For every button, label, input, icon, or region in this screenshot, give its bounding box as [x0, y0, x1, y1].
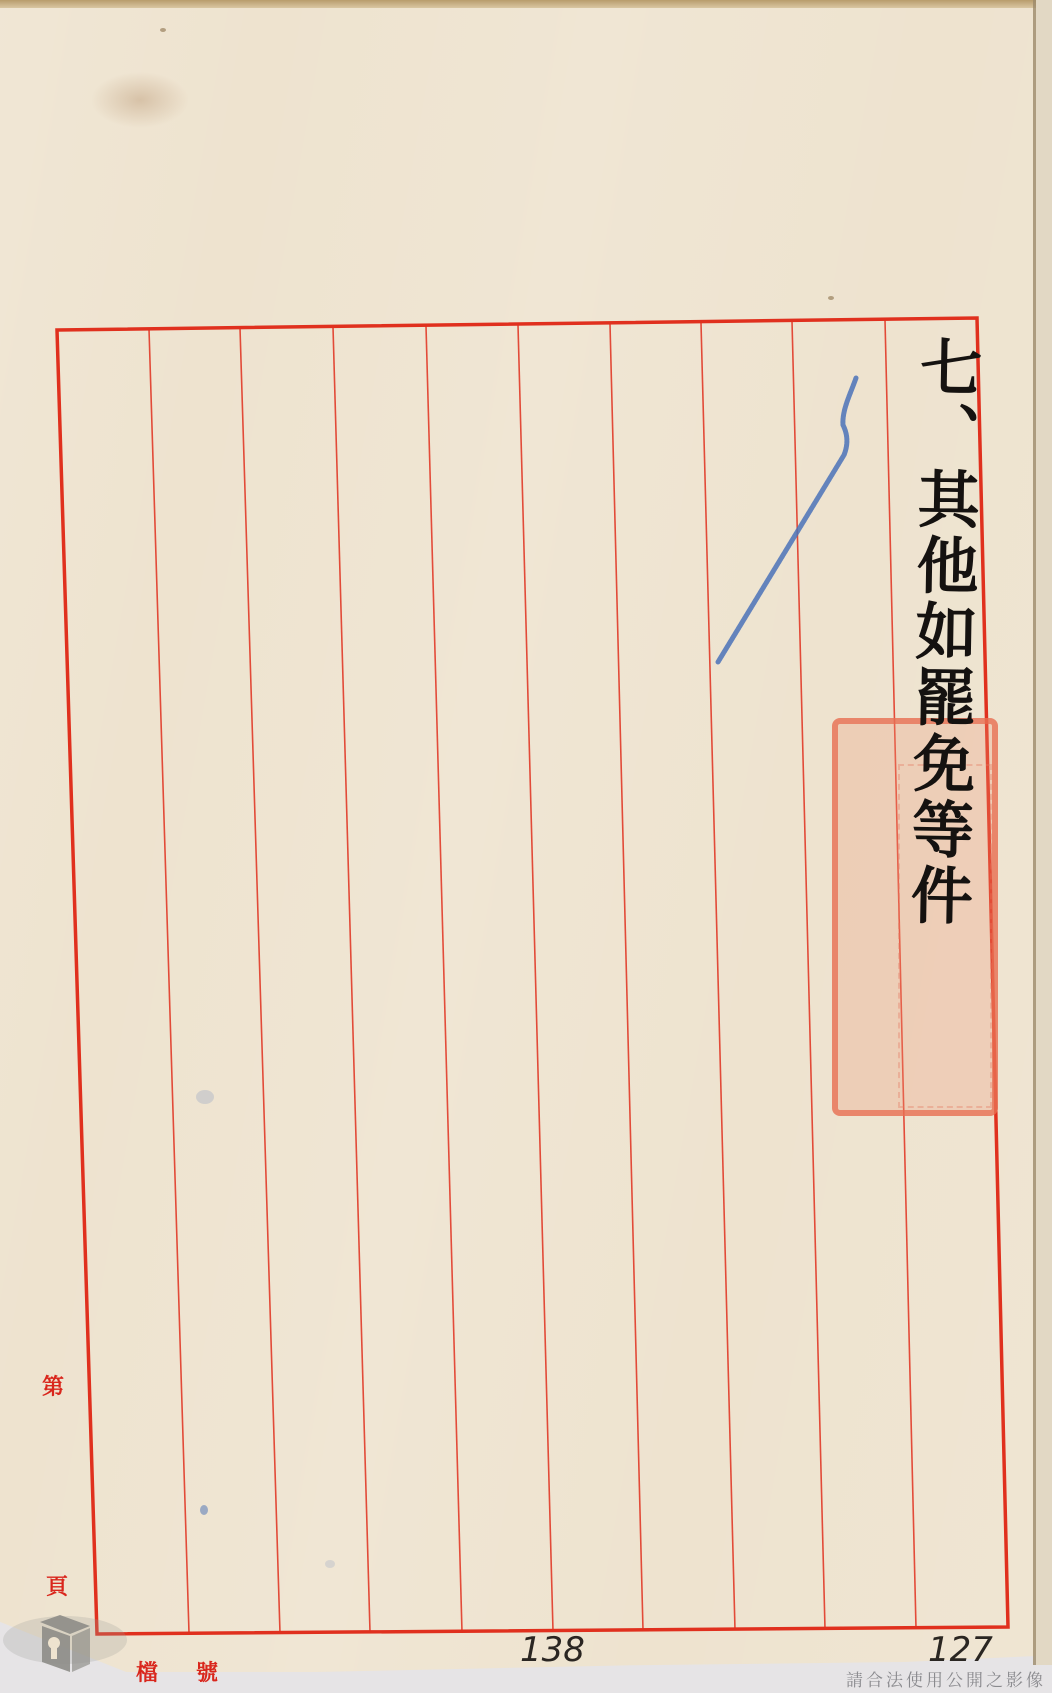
ink-spot [200, 1505, 208, 1515]
ink-spot [196, 1090, 214, 1104]
file-label-1: 檔 [136, 1656, 158, 1687]
page-prefix-label: 第 [42, 1370, 64, 1401]
handwritten-number-right: 127 [928, 1630, 993, 1670]
watermark-text: 請合法使用公開之影像 [846, 1666, 1046, 1691]
archive-book-keyhole-icon [0, 1610, 130, 1680]
file-label-2: 號 [196, 1656, 218, 1687]
handwritten-number-left: 138 [520, 1630, 585, 1670]
handwritten-text: 七、其他如罷免等件 [888, 334, 978, 929]
page-suffix-label: 頁 [46, 1570, 68, 1601]
ink-spot [325, 1560, 335, 1568]
